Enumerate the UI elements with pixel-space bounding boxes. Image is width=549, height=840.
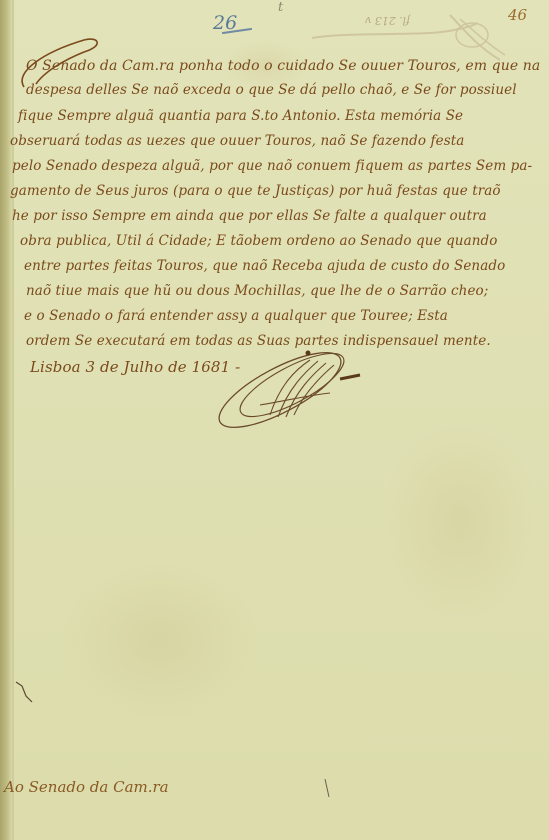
stamp-text: fl. 213 v [365,14,410,27]
text-line: e o Senado o fará entender assy a qualqu… [24,308,448,324]
text-line: entre partes feitas Touros, que naõ Rece… [24,258,505,274]
top-mark: t [278,0,283,15]
page-edge [12,0,14,840]
signature-flourish-icon [200,345,380,435]
text-line: gamento de Seus juros (para o que te Jus… [10,183,501,199]
paper-stain [380,420,540,620]
text-line: O Senado da Cam.ra ponha todo o cuidado … [26,58,540,74]
text-line: obra publica, Util á Cidade; E tãobem or… [20,233,498,249]
binding-shadow [0,0,12,840]
text-line: pelo Senado despeza alguã, por que naõ c… [12,158,532,174]
scratch-mark-icon [324,778,330,798]
paper-stain [60,560,260,720]
margin-mark-icon [14,680,36,706]
text-line: fique Sempre alguã quantia para S.to Ant… [18,108,463,124]
text-line: obseruará todas as uezes que ouuer Touro… [10,133,464,149]
ink-folio-number: 46 [508,6,527,24]
address-line: Ao Senado da Cam.ra [4,778,169,796]
text-line: he por isso Sempre em ainda que por ella… [12,208,487,224]
text-line: naõ tiue mais que hũ ou dous Mochillas, … [26,283,488,299]
text-line: despesa delles Se naõ exceda o que Se dá… [26,82,517,98]
manuscript-page: 26 t 46 fl. 213 v O Senado da Cam.ra pon… [0,0,549,840]
